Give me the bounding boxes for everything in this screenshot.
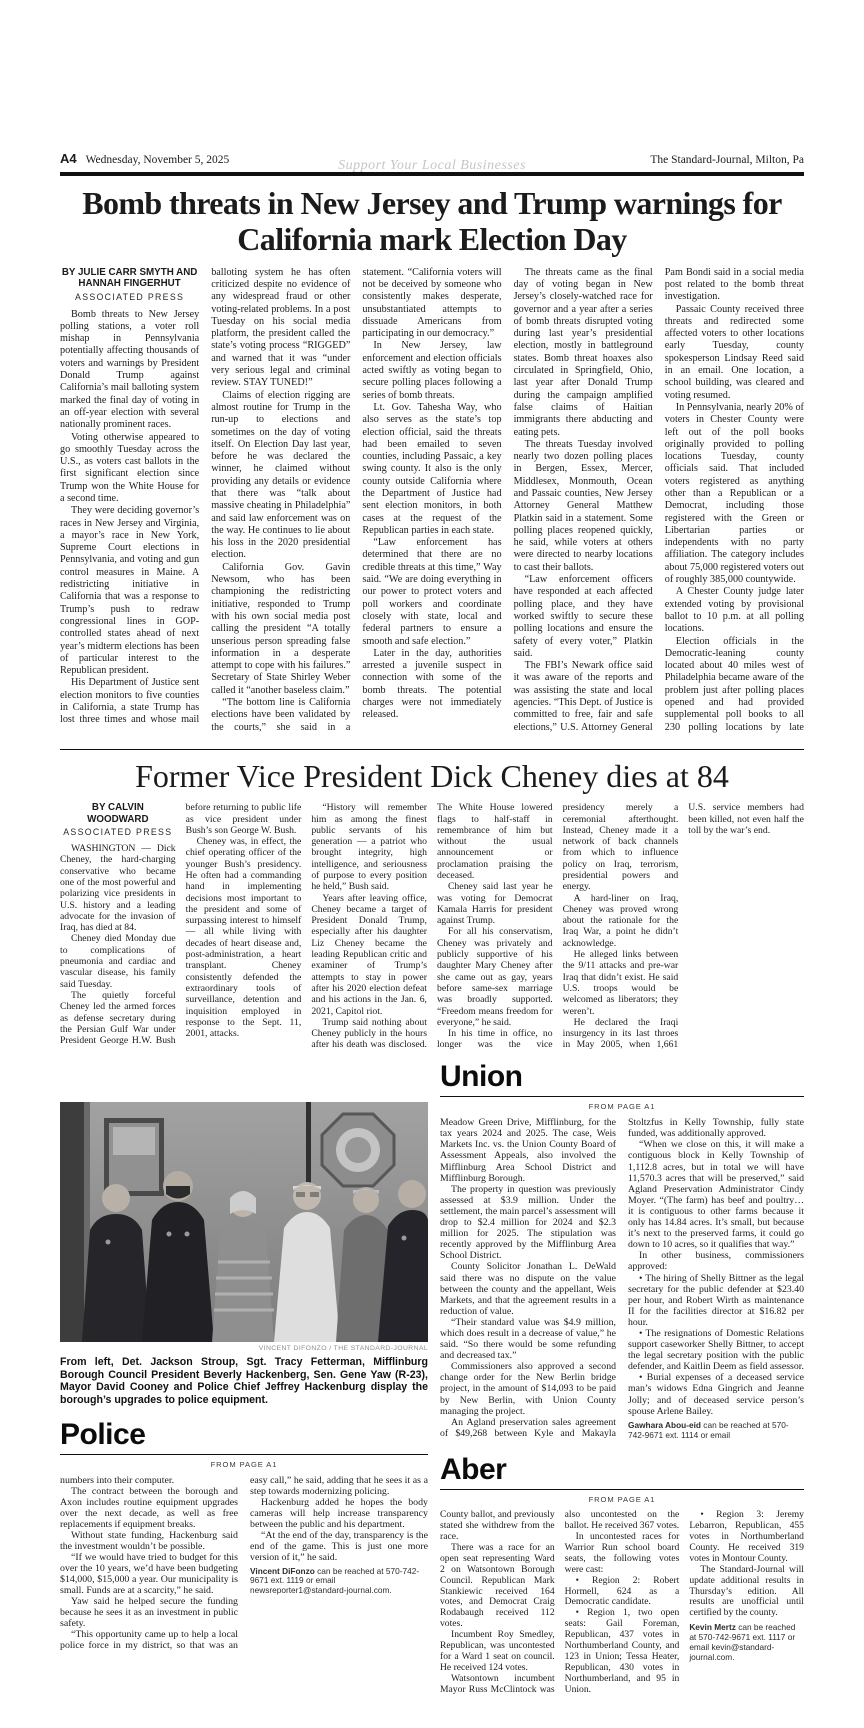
cheney-paragraphs: WASHINGTON — Dick Cheney, the hard-charg… bbox=[60, 802, 804, 1054]
paragraph: “Their standard value was $4.9 million, … bbox=[440, 1317, 616, 1361]
page-header: A4Wednesday, November 5, 2025 Support Yo… bbox=[60, 150, 804, 176]
lead-byline-org: ASSOCIATED PRESS bbox=[60, 291, 199, 303]
paragraph: The property in question was previously … bbox=[440, 1184, 616, 1262]
paragraph: WASHINGTON — Dick Cheney, the hard-charg… bbox=[60, 843, 176, 933]
paragraph: County Solicitor Jonathan L. DeWald said… bbox=[440, 1261, 616, 1316]
paragraph: There was a race for an open seat repres… bbox=[440, 1543, 555, 1630]
window-frame bbox=[60, 1102, 84, 1342]
photo-caption: From left, Det. Jackson Stroup, Sgt. Tra… bbox=[60, 1356, 428, 1406]
paragraph: A hard-liner on Iraq, Cheney was proved … bbox=[563, 893, 679, 949]
paragraph: In other business, commissioners approve… bbox=[628, 1250, 804, 1272]
paragraph: Voting otherwise appeared to go smoothly… bbox=[60, 432, 199, 506]
paragraph: Later in the day, authorities arrested a… bbox=[362, 648, 501, 722]
paragraph: Hackenburg added he hopes the body camer… bbox=[250, 1497, 428, 1530]
paragraph: “Law enforcement has determined that the… bbox=[362, 537, 501, 648]
paragraph: Years after leaving office, Cheney becam… bbox=[311, 893, 427, 1017]
paragraph: A Chester County judge later extended vo… bbox=[665, 586, 804, 635]
lead-byline-block: BY JULIE CARR SMYTH AND HANNAH FINGERHUT… bbox=[60, 267, 199, 304]
police-photo bbox=[60, 1102, 428, 1342]
lead-paragraphs: Bomb threats to New Jersey polling stati… bbox=[60, 267, 804, 737]
police-article-body: numbers into their computer.The contract… bbox=[60, 1475, 428, 1661]
union-from-page: FROM PAGE A1 bbox=[440, 1102, 804, 1111]
paragraph: Cheney died Monday due to complications … bbox=[60, 933, 176, 989]
photo-credit: VINCENT DIFONZO / THE STANDARD-JOURNAL bbox=[60, 1345, 428, 1352]
reporter-name: Gawhara Abou-eid bbox=[628, 1420, 701, 1430]
aber-section: Aber FROM PAGE A1 County ballot, and pre… bbox=[440, 1455, 804, 1716]
paragraph: Meadow Green Drive, Mifflinburg, for the… bbox=[440, 1117, 616, 1184]
paragraph: • The resignations of Domestic Relations… bbox=[628, 1328, 804, 1372]
paragraph: County ballot, and previously stated she… bbox=[440, 1510, 555, 1543]
paragraph: Lt. Gov. Tahesha Way, who also serves as… bbox=[362, 402, 501, 537]
lower-right-column: Union FROM PAGE A1 Meadow Green Drive, M… bbox=[440, 1062, 804, 1716]
paragraph: In Pennsylvania, nearly 20% of voters in… bbox=[665, 402, 804, 586]
paragraph: The contract between the borough and Axo… bbox=[60, 1486, 238, 1530]
lead-article-body: BY JULIE CARR SMYTH AND HANNAH FINGERHUT… bbox=[60, 267, 804, 737]
reporter-name: Vincent DiFonzo bbox=[250, 1566, 315, 1576]
paragraph: • Region 2: Robert Hormell, 624 as a Dem… bbox=[565, 1576, 680, 1609]
paragraph: • The hiring of Shelly Bittner as the le… bbox=[628, 1273, 804, 1328]
police-reporter-contact: Vincent DiFonzo can be reached at 570-74… bbox=[250, 1567, 428, 1597]
page-content: A4Wednesday, November 5, 2025 Support Yo… bbox=[60, 0, 804, 1716]
police-photo-image bbox=[60, 1102, 428, 1342]
paragraph: • Region 1, two open seats: Gail Foreman… bbox=[565, 1608, 680, 1695]
aber-paragraphs: County ballot, and previously stated she… bbox=[440, 1510, 804, 1716]
aber-section-header: Aber bbox=[440, 1455, 804, 1485]
lower-region: VINCENT DIFONZO / THE STANDARD-JOURNAL F… bbox=[60, 1062, 804, 1716]
paragraph: “When we close on this, it will make a c… bbox=[628, 1139, 804, 1250]
paragraph: Claims of election rigging are almost ro… bbox=[211, 390, 350, 562]
paragraph: Without state funding, Hackenburg said t… bbox=[60, 1530, 238, 1552]
paragraph: • Burial expenses of a deceased service … bbox=[628, 1372, 804, 1416]
paragraph: Cheney said last year he was voting for … bbox=[437, 881, 553, 926]
newspaper-page: A4Wednesday, November 5, 2025 Support Yo… bbox=[0, 0, 864, 1728]
aber-from-page: FROM PAGE A1 bbox=[440, 1495, 804, 1504]
paragraph: They were deciding governor’s races in N… bbox=[60, 505, 199, 677]
aber-article-body: County ballot, and previously stated she… bbox=[440, 1510, 804, 1716]
lead-byline-authors: BY JULIE CARR SMYTH AND HANNAH FINGERHUT bbox=[60, 267, 199, 291]
paragraph: The threats Tuesday involved nearly two … bbox=[514, 439, 653, 574]
union-section-rule bbox=[440, 1096, 804, 1097]
police-section: Police FROM PAGE A1 numbers into their c… bbox=[60, 1420, 428, 1661]
paragraph: He alleged links between the 9/11 attack… bbox=[563, 949, 679, 1017]
header-tagline: Support Your Local Businesses bbox=[60, 158, 804, 174]
paragraph: Bomb threats to New Jersey polling stati… bbox=[60, 309, 199, 432]
paragraph: “History will remember him as among the … bbox=[311, 802, 427, 892]
lower-left-column: VINCENT DIFONZO / THE STANDARD-JOURNAL F… bbox=[60, 1062, 428, 1716]
union-article-body: Meadow Green Drive, Mifflinburg, for the… bbox=[440, 1117, 804, 1447]
cheney-byline-org: ASSOCIATED PRESS bbox=[60, 827, 176, 838]
paragraph: numbers into their computer. bbox=[60, 1475, 238, 1486]
paragraph: Yaw said he helped secure the funding be… bbox=[60, 1596, 238, 1629]
cheney-headline: Former Vice President Dick Cheney dies a… bbox=[60, 759, 804, 794]
paragraph: “At the end of the day, transparency is … bbox=[250, 1530, 428, 1563]
paragraph: Cheney was, in effect, the chief operati… bbox=[186, 836, 302, 1039]
paragraph: In New Jersey, law enforcement and elect… bbox=[362, 340, 501, 401]
union-section: Union FROM PAGE A1 Meadow Green Drive, M… bbox=[440, 1062, 804, 1447]
paragraph: California Gov. Gavin Newsom, who has be… bbox=[211, 562, 350, 697]
divider-rule bbox=[60, 749, 804, 750]
reporter-name: Kevin Mertz bbox=[689, 1622, 736, 1632]
union-section-header: Union bbox=[440, 1062, 804, 1092]
aber-reporter-contact: Kevin Mertz can be reached at 570-742-96… bbox=[689, 1623, 804, 1663]
paragraph: Passaic County received three threats an… bbox=[665, 304, 804, 402]
paragraph: “Law enforcement officers have responded… bbox=[514, 574, 653, 660]
union-paragraphs: Meadow Green Drive, Mifflinburg, for the… bbox=[440, 1117, 804, 1447]
paragraph: Commissioners also approved a second cha… bbox=[440, 1361, 616, 1416]
paragraph: Incumbent Roy Smedley, Republican, was u… bbox=[440, 1630, 555, 1674]
police-section-rule bbox=[60, 1454, 428, 1455]
paragraph: The threats came as the final day of vot… bbox=[514, 267, 653, 439]
police-from-page: FROM PAGE A1 bbox=[60, 1460, 428, 1469]
paragraph: In uncontested races for Warrior Run sch… bbox=[565, 1532, 680, 1576]
paragraph: • Region 3: Jeremy Lebarron, Republican,… bbox=[689, 1510, 804, 1565]
paragraph: The Standard-Journal will update additio… bbox=[689, 1565, 804, 1620]
cheney-article-body: BY CALVIN WOODWARD ASSOCIATED PRESS WASH… bbox=[60, 802, 804, 1054]
police-section-header: Police bbox=[60, 1420, 428, 1450]
cheney-byline-authors: BY CALVIN WOODWARD bbox=[60, 802, 176, 826]
aber-section-rule bbox=[440, 1489, 804, 1490]
lead-headline: Bomb threats in New Jersey and Trump war… bbox=[60, 186, 804, 258]
cheney-byline-block: BY CALVIN WOODWARD ASSOCIATED PRESS bbox=[60, 802, 176, 838]
paragraph: “If we would have tried to budget for th… bbox=[60, 1552, 238, 1596]
paragraph: For all his conservatism, Cheney was pri… bbox=[437, 926, 553, 1028]
